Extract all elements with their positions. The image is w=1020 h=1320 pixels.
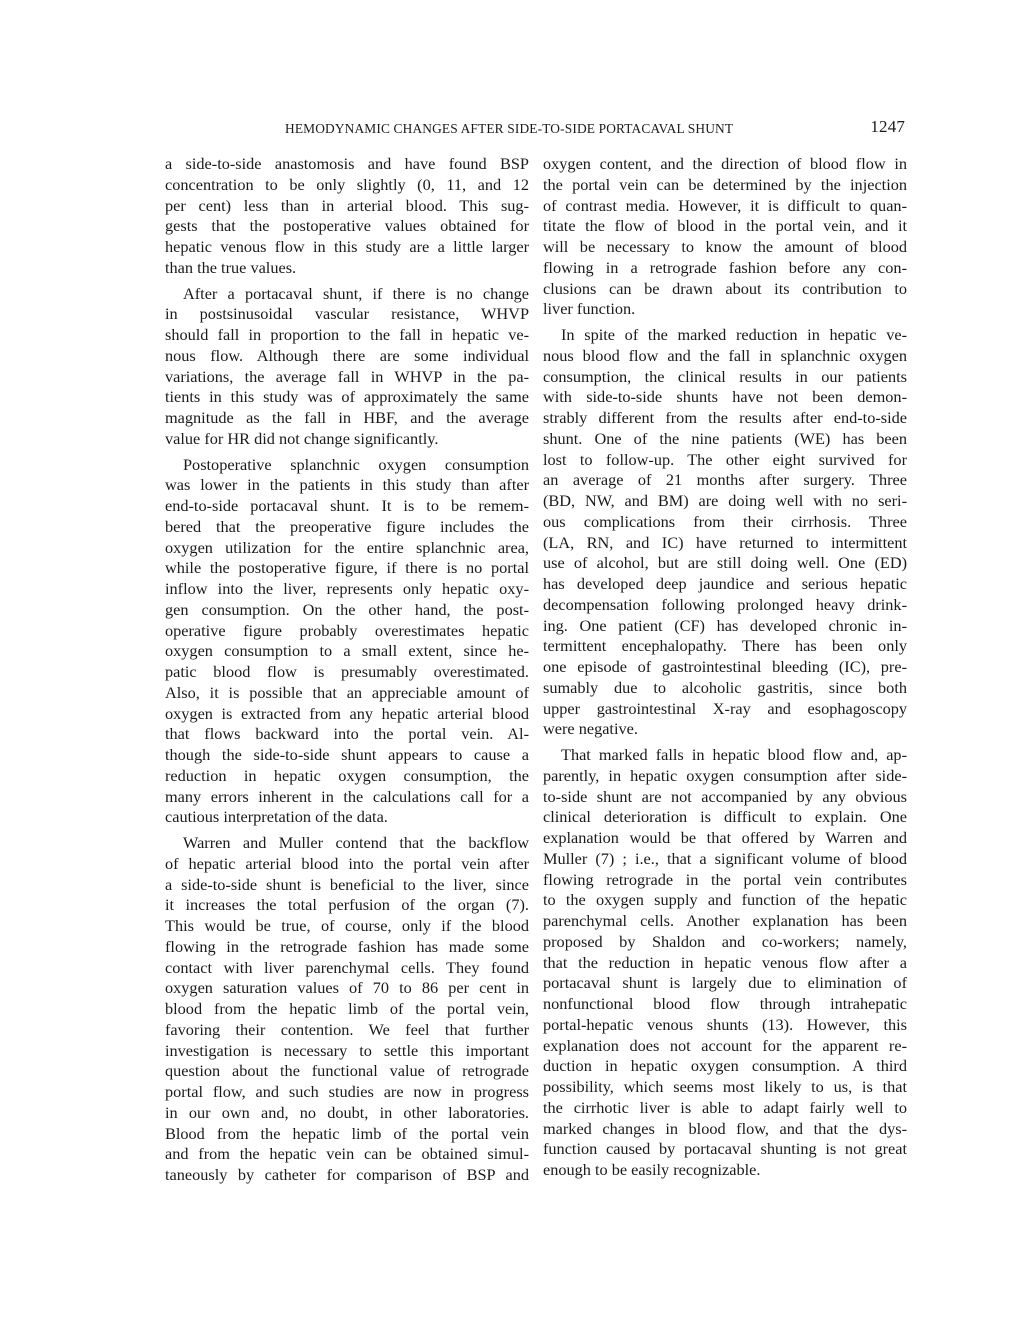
text-line: duction in hepatic oxygen consumption. A…	[543, 1056, 907, 1077]
text-line: Warren and Muller contend that the backf…	[165, 833, 529, 854]
text-line: while the postoperative figure, if there…	[165, 558, 529, 579]
text-line: operative figure probably overestimates …	[165, 621, 529, 642]
text-line: with side-to-side shunts have not been d…	[543, 387, 907, 408]
text-line: portacaval shunt is largely due to elimi…	[543, 973, 907, 994]
text-line: favoring their contention. We feel that …	[165, 1020, 529, 1041]
left-column: a side-to-side anastomosis and have foun…	[165, 154, 529, 1191]
text-line: This would be true, of course, only if t…	[165, 916, 529, 937]
paragraph: In spite of the marked reduction in hepa…	[543, 325, 907, 740]
text-line: ous complications from their cirrhosis. …	[543, 512, 907, 533]
text-line: termittent encephalopathy. There has bee…	[543, 636, 907, 657]
running-head: HEMODYNAMIC CHANGES AFTER SIDE-TO-SIDE P…	[285, 117, 905, 141]
paragraph: That marked falls in hepatic blood flow …	[543, 745, 907, 1181]
text-line: upper gastrointestinal X-ray and esophag…	[543, 699, 907, 720]
text-line: patic blood flow is presumably overestim…	[165, 662, 529, 683]
text-line: portal-hepatic venous shunts (13). Howev…	[543, 1015, 907, 1036]
text-line: strably different from the results after…	[543, 408, 907, 429]
text-line: to-side shunt are not accompanied by any…	[543, 787, 907, 808]
text-line: one episode of gastrointestinal bleeding…	[543, 657, 907, 678]
text-line: hepatic venous flow in this study are a …	[165, 237, 529, 258]
text-line: question about the functional value of r…	[165, 1061, 529, 1082]
text-line: nous flow. Although there are some indiv…	[165, 346, 529, 367]
text-line: a side-to-side shunt is beneficial to th…	[165, 875, 529, 896]
text-line: taneously by catheter for comparison of …	[165, 1165, 529, 1186]
text-line: cautious interpretation of the data.	[165, 807, 529, 828]
text-line: end-to-side portacaval shunt. It is to b…	[165, 496, 529, 517]
running-title: HEMODYNAMIC CHANGES AFTER SIDE-TO-SIDE P…	[285, 121, 733, 137]
text-line: in our own and, no doubt, in other labor…	[165, 1103, 529, 1124]
text-line: ing. One patient (CF) has developed chro…	[543, 616, 907, 637]
text-line: nous blood flow and the fall in splanchn…	[543, 346, 907, 367]
text-line: has developed deep jaundice and serious …	[543, 574, 907, 595]
text-line: should fall in proportion to the fall in…	[165, 325, 529, 346]
text-line: decompensation following prolonged heavy…	[543, 595, 907, 616]
text-line: explanation does not account for the app…	[543, 1036, 907, 1057]
text-line: were negative.	[543, 719, 907, 740]
text-line: magnitude as the fall in HBF, and the av…	[165, 408, 529, 429]
text-line: function caused by portacaval shunting i…	[543, 1139, 907, 1160]
text-line: will be necessary to know the amount of …	[543, 237, 907, 258]
text-line: That marked falls in hepatic blood flow …	[543, 745, 907, 766]
text-line: consumption, the clinical results in our…	[543, 367, 907, 388]
text-line: the portal vein can be determined by the…	[543, 175, 907, 196]
text-line: of contrast media. However, it is diffic…	[543, 196, 907, 217]
text-line: it increases the total perfusion of the …	[165, 895, 529, 916]
text-line: oxygen utilization for the entire splanc…	[165, 538, 529, 559]
text-line: flowing in the retrograde fashion has ma…	[165, 937, 529, 958]
text-line: sumably due to alcoholic gastritis, sinc…	[543, 678, 907, 699]
text-line: shunt. One of the nine patients (WE) has…	[543, 429, 907, 450]
text-line: enough to be easily recognizable.	[543, 1160, 907, 1181]
text-line: blood from the hepatic limb of the porta…	[165, 999, 529, 1020]
text-line: lost to follow-up. The other eight survi…	[543, 450, 907, 471]
right-column: oxygen content, and the direction of blo…	[543, 154, 907, 1186]
text-line: proposed by Shaldon and co-workers; name…	[543, 932, 907, 953]
text-line: investigation is necessary to settle thi…	[165, 1041, 529, 1062]
text-line: that the reduction in hepatic venous flo…	[543, 953, 907, 974]
text-line: (BD, NW, and BM) are doing well with no …	[543, 491, 907, 512]
text-line: portal flow, and such studies are now in…	[165, 1082, 529, 1103]
text-line: parenchymal cells. Another explanation h…	[543, 911, 907, 932]
paragraph: Postoperative splanchnic oxygen consumpt…	[165, 455, 529, 829]
text-line: in postsinusoidal vascular resistance, W…	[165, 304, 529, 325]
text-line: liver function.	[543, 299, 907, 320]
text-line: oxygen consumption to a small extent, si…	[165, 641, 529, 662]
text-line: In spite of the marked reduction in hepa…	[543, 325, 907, 346]
paragraph: oxygen content, and the direction of blo…	[543, 154, 907, 320]
text-line: a side-to-side anastomosis and have foun…	[165, 154, 529, 175]
text-line: per cent) less than in arterial blood. T…	[165, 196, 529, 217]
paragraph: a side-to-side anastomosis and have foun…	[165, 154, 529, 279]
text-line: reduction in hepatic oxygen consumption,…	[165, 766, 529, 787]
text-line: flowing in a retrograde fashion before a…	[543, 258, 907, 279]
text-line: Also, it is possible that an appreciable…	[165, 683, 529, 704]
text-line: concentration to be only slightly (0, 11…	[165, 175, 529, 196]
text-line: clinical deterioration is difficult to e…	[543, 807, 907, 828]
text-line: tients in this study was of approximatel…	[165, 387, 529, 408]
text-line: Postoperative splanchnic oxygen consumpt…	[165, 455, 529, 476]
text-line: parently, in hepatic oxygen consumption …	[543, 766, 907, 787]
text-line: bered that the preoperative figure inclu…	[165, 517, 529, 538]
text-line: of hepatic arterial blood into the porta…	[165, 854, 529, 875]
text-line: to the oxygen supply and function of the…	[543, 890, 907, 911]
text-line: clusions can be drawn about its contribu…	[543, 279, 907, 300]
text-line: titate the flow of blood in the portal v…	[543, 216, 907, 237]
text-line: an average of 21 months after surgery. T…	[543, 470, 907, 491]
text-line: and from the hepatic vein can be obtaine…	[165, 1144, 529, 1165]
text-line: gen consumption. On the other hand, the …	[165, 600, 529, 621]
text-line: value for HR did not change significantl…	[165, 429, 529, 450]
text-line: oxygen saturation values of 70 to 86 per…	[165, 978, 529, 999]
text-line: many errors inherent in the calculations…	[165, 787, 529, 808]
text-line: contact with liver parenchymal cells. Th…	[165, 958, 529, 979]
text-line: that flows backward into the portal vein…	[165, 724, 529, 745]
page-number: 1247	[870, 117, 905, 137]
paragraph: After a portacaval shunt, if there is no…	[165, 284, 529, 450]
text-line: After a portacaval shunt, if there is no…	[165, 284, 529, 305]
text-line: gests that the postoperative values obta…	[165, 216, 529, 237]
text-line: the cirrhotic liver is able to adapt fai…	[543, 1098, 907, 1119]
text-line: explanation would be that offered by War…	[543, 828, 907, 849]
text-line: though the side-to-side shunt appears to…	[165, 745, 529, 766]
text-line: oxygen is extracted from any hepatic art…	[165, 704, 529, 725]
text-line: marked changes in blood flow, and that t…	[543, 1119, 907, 1140]
text-line: (LA, RN, and IC) have returned to interm…	[543, 533, 907, 554]
text-line: Muller (7) ; i.e., that a significant vo…	[543, 849, 907, 870]
text-line: flowing retrograde in the portal vein co…	[543, 870, 907, 891]
text-line: use of alcohol, but are still doing well…	[543, 553, 907, 574]
text-line: nonfunctional blood flow through intrahe…	[543, 994, 907, 1015]
text-line: Blood from the hepatic limb of the porta…	[165, 1124, 529, 1145]
text-line: possibility, which seems most likely to …	[543, 1077, 907, 1098]
text-line: inflow into the liver, represents only h…	[165, 579, 529, 600]
text-line: than the true values.	[165, 258, 529, 279]
text-line: oxygen content, and the direction of blo…	[543, 154, 907, 175]
text-line: was lower in the patients in this study …	[165, 475, 529, 496]
text-line: variations, the average fall in WHVP in …	[165, 367, 529, 388]
paragraph: Warren and Muller contend that the backf…	[165, 833, 529, 1186]
